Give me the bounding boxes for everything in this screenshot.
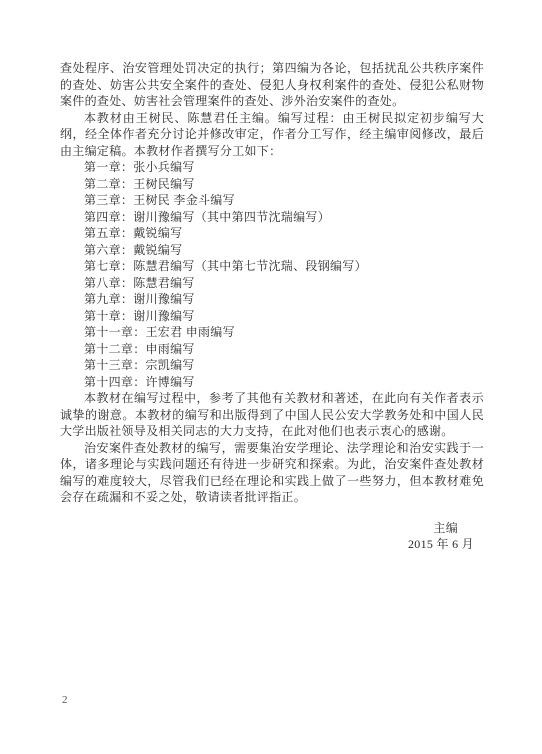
chapter-assignment-4: 第四章：谢川豫编写（其中第四节沈瑞编写）: [60, 209, 484, 226]
paragraph-continuation: 查处程序、治安管理处罚决定的执行；第四编为各论，包括扰乱公共秩序案件的查处、妨害…: [60, 60, 484, 110]
chapter-assignment-6: 第六章：戴锐编写: [60, 242, 484, 259]
paragraph-closing: 治安案件查处教材的编写，需要集治安学理论、法学理论和治安实践于一体，诸多理论与实…: [60, 440, 484, 506]
chapter-assignment-8: 第八章：陈慧君编写: [60, 275, 484, 292]
signature-author: 主编: [60, 520, 484, 537]
chapter-assignment-1: 第一章：张小兵编写: [60, 159, 484, 176]
chapter-assignment-12: 第十二章：申雨编写: [60, 341, 484, 358]
chapter-assignment-14: 第十四章：许博编写: [60, 374, 484, 391]
chapter-assignment-7: 第七章：陈慧君编写（其中第七节沈瑞、段钢编写）: [60, 258, 484, 275]
chapter-assignment-11: 第十一章：王宏君 申雨编写: [60, 324, 484, 341]
signature-block: 主编 2015 年 6 月: [60, 520, 484, 553]
chapter-assignment-10: 第十章：谢川豫编写: [60, 308, 484, 325]
book-page: 查处程序、治安管理处罚决定的执行；第四编为各论，包括扰乱公共秩序案件的查处、妨害…: [0, 0, 542, 754]
chapter-assignment-9: 第九章：谢川豫编写: [60, 291, 484, 308]
chapter-assignment-3: 第三章：王树民 李金斗编写: [60, 192, 484, 209]
chapter-assignment-2: 第二章：王树民编写: [60, 176, 484, 193]
chapter-assignment-5: 第五章：戴锐编写: [60, 225, 484, 242]
page-content: 查处程序、治安管理处罚决定的执行；第四编为各论，包括扰乱公共秩序案件的查处、妨害…: [60, 60, 484, 553]
page-number: 2: [62, 694, 68, 706]
signature-date: 2015 年 6 月: [60, 536, 484, 553]
paragraph-editors: 本教材由王树民、陈慧君任主编。编写过程：由王树民拟定初步编写大纲，经全体作者充分…: [60, 110, 484, 160]
paragraph-thanks: 本教材在编写过程中，参考了其他有关教材和著述，在此向有关作者表示诚挚的谢意。本教…: [60, 390, 484, 440]
chapter-assignment-13: 第十三章：宗凯编写: [60, 357, 484, 374]
chapter-assignment-list: 第一章：张小兵编写 第二章：王树民编写 第三章：王树民 李金斗编写 第四章：谢川…: [60, 159, 484, 390]
